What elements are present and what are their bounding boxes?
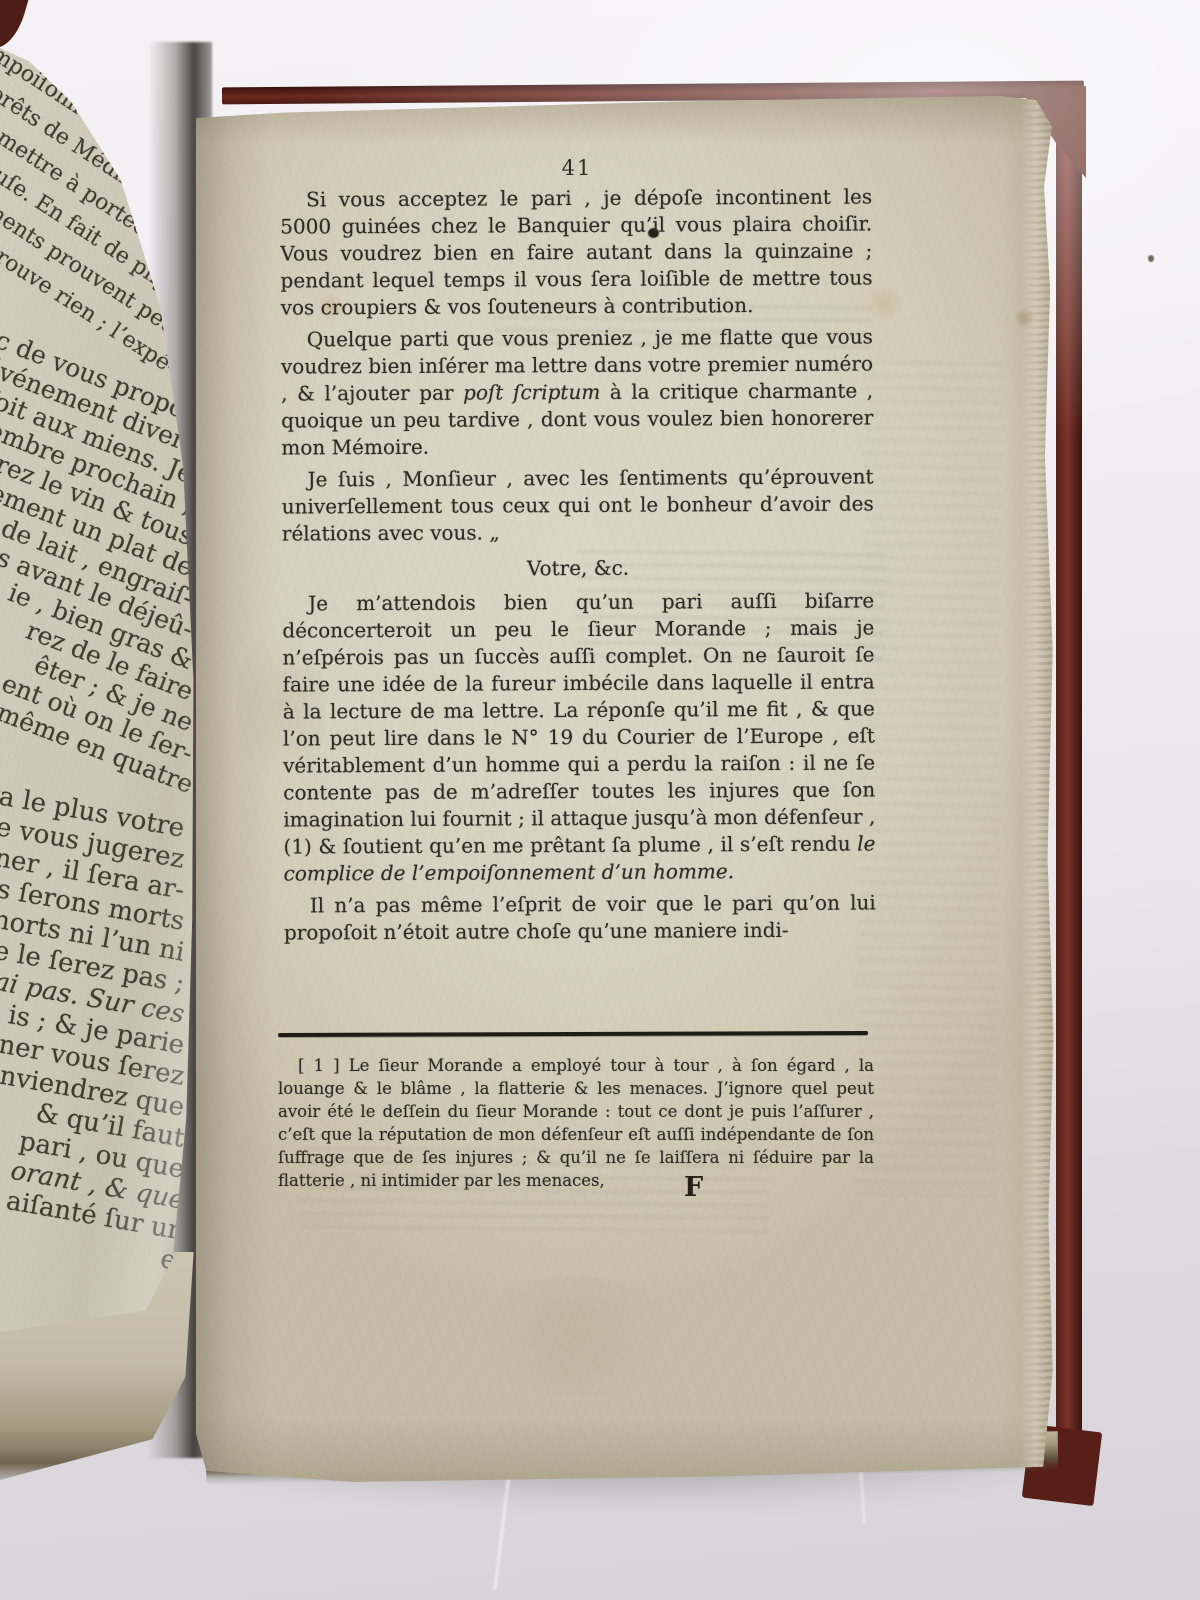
page-number: 41 xyxy=(282,156,872,180)
stain xyxy=(1014,308,1036,328)
italic-phrase: poſt ſcriptum xyxy=(463,380,600,405)
paragraph-text: Je m’attendois bien qu’un pari auſſi biſ… xyxy=(282,588,875,858)
right-page: 41 Si vous acceptez le pari , je dépoſe … xyxy=(196,96,1064,1482)
paragraph-2: Quelque parti que vous preniez , je me f… xyxy=(281,318,874,461)
footnote-text: [ 1 ] Le ſieur Morande a employé tour à … xyxy=(278,1054,874,1192)
paragraph-text: Si vous acceptez le pari , je dépoſe inc… xyxy=(280,184,872,319)
left-page-text-middle: donc de vous propo-t l’événement diver-s… xyxy=(0,398,192,801)
paragraph-4: Je m’attendois bien qu’un pari auſſi biſ… xyxy=(282,582,876,887)
footnote-area: [ 1 ] Le ſieur Morande a employé tour à … xyxy=(278,1032,874,1192)
paragraph-3: Je ſuis , Monſieur , avec les ſentiments… xyxy=(281,458,873,547)
show-through xyxy=(856,355,1005,1196)
paragraph-text: Je ſuis , Monſieur , avec les ſentiments… xyxy=(282,464,874,545)
paragraph-text: Il n’a pas même l’eſprit de voir que le … xyxy=(284,890,876,944)
closing-line: Votre, &c. xyxy=(282,553,874,583)
text-block: Si vous acceptez le pari , je dépoſe inc… xyxy=(280,178,876,946)
backdrop-speck xyxy=(1148,255,1154,262)
left-page-text-bottom: ttera le plus votreque vous jugerezûner … xyxy=(0,814,184,1279)
paragraph-5: Il n’a pas même l’eſprit de voir que le … xyxy=(284,884,876,946)
fore-edge xyxy=(1002,96,1064,1482)
signature-mark: F xyxy=(684,1172,703,1203)
book-binding-right xyxy=(1056,92,1082,1484)
stain xyxy=(466,1276,686,1396)
photo-backdrop: adepte , que de puiſeoires que vous fait… xyxy=(0,0,1200,1600)
paragraph-1: Si vous acceptez le pari , je dépoſe inc… xyxy=(280,178,873,321)
footnote-rule xyxy=(278,1031,868,1037)
book-binding-corner xyxy=(0,0,30,53)
